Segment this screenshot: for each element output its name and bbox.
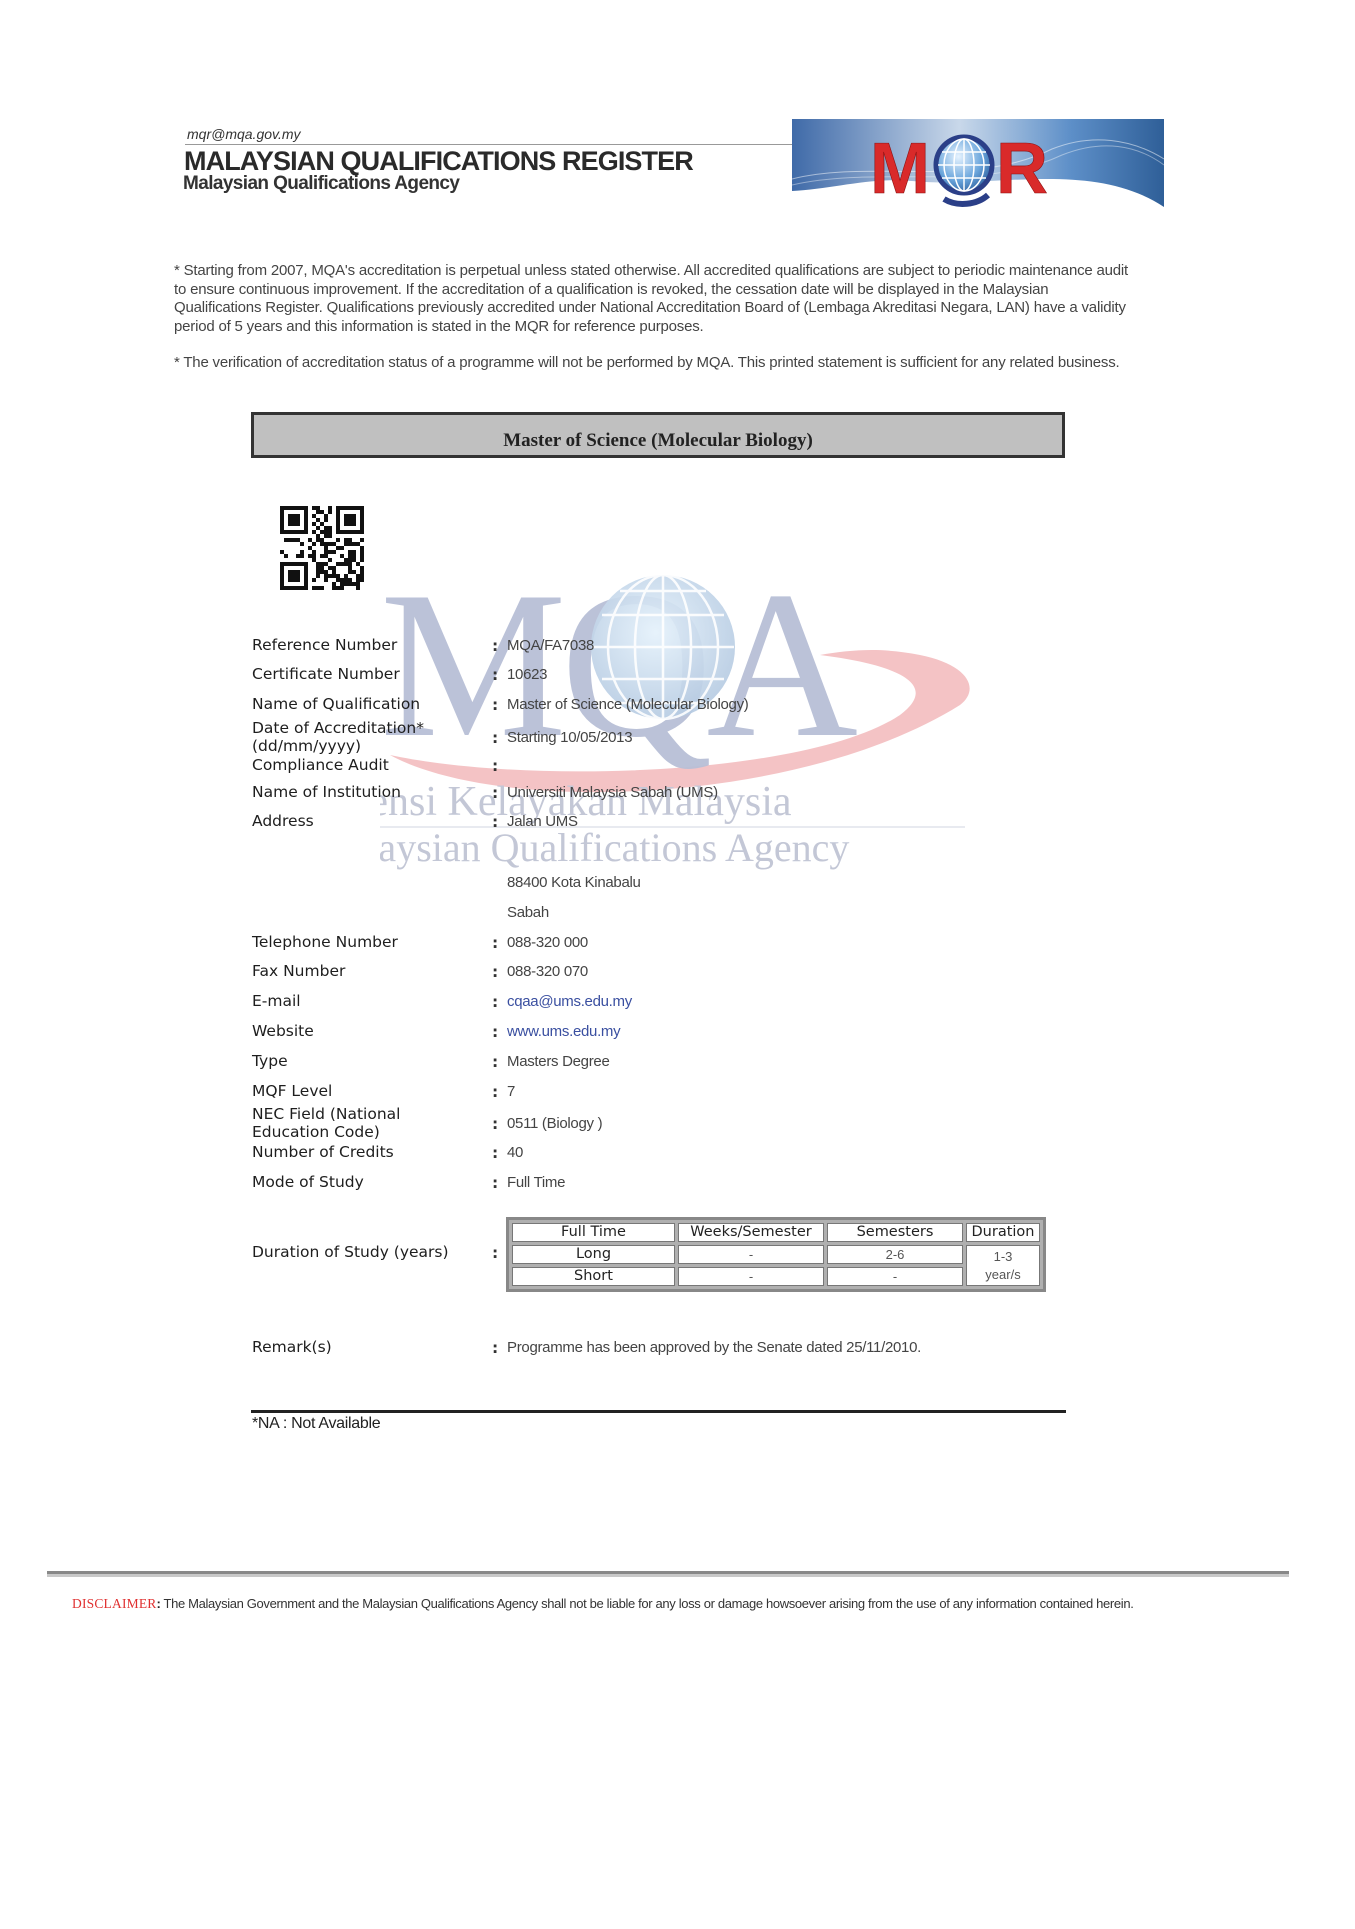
duration-unit: year/s <box>985 1267 1020 1282</box>
compliance-audit-label: Compliance Audit <box>252 757 389 774</box>
email-link[interactable]: cqaa@ums.edu.my <box>507 993 632 1010</box>
accreditation-date-format: (dd/mm/yyyy) <box>252 738 361 755</box>
website-label: Website <box>252 1023 314 1040</box>
header-divider <box>185 144 795 145</box>
row-semesters: - <box>827 1267 963 1286</box>
telephone-label: Telephone Number <box>252 934 398 951</box>
row-name: Long <box>512 1245 675 1264</box>
institution-label: Name of Institution <box>252 784 401 801</box>
separator: : <box>492 696 498 714</box>
mqf-level-value: 7 <box>507 1083 515 1100</box>
separator: : <box>492 1244 498 1262</box>
email-label: E-mail <box>252 993 301 1010</box>
address-label: Address <box>252 813 314 830</box>
qr-code <box>280 506 364 590</box>
reference-number-value: MQA/FA7038 <box>507 637 594 654</box>
type-value: Masters Degree <box>507 1053 610 1070</box>
institution-value: Universiti Malaysia Sabah (UMS) <box>507 784 718 801</box>
qualification-name-label: Name of Qualification <box>252 696 420 713</box>
separator: : <box>492 637 498 655</box>
reference-number-label: Reference Number <box>252 637 397 654</box>
nec-field-label: NEC Field (National <box>252 1106 400 1123</box>
row-name: Short <box>512 1267 675 1286</box>
separator: : <box>492 993 498 1011</box>
nec-field-value: 0511 (Biology ) <box>507 1115 602 1132</box>
svg-text:M: M <box>870 129 930 207</box>
footer-divider <box>47 1571 1289 1577</box>
fax-value: 088-320 070 <box>507 963 588 980</box>
row-weeks: - <box>678 1267 824 1286</box>
svg-text:R: R <box>996 129 1048 207</box>
disclaimer-text: The Malaysian Government and the Malaysi… <box>161 1596 1134 1611</box>
separator: : <box>492 1339 498 1357</box>
separator: : <box>492 1115 498 1133</box>
fax-label: Fax Number <box>252 963 345 980</box>
qualification-title-box: Master of Science (Molecular Biology) <box>251 412 1065 458</box>
certificate-number-label: Certificate Number <box>252 666 400 683</box>
separator: : <box>492 729 498 747</box>
header-weeks-semester: Weeks/Semester <box>678 1223 824 1242</box>
separator: : <box>492 784 498 802</box>
mode-of-study-label: Mode of Study <box>252 1174 364 1191</box>
mqa-watermark: MQA Agensi Kelayakan Malaysia Malaysian … <box>380 555 980 875</box>
svg-text:MQA: MQA <box>380 555 857 781</box>
separator: : <box>492 963 498 981</box>
duration-range: 1-3 <box>994 1249 1013 1264</box>
mqr-logo: M R <box>792 119 1164 207</box>
address-line-2: 88400 Kota Kinabalu <box>507 874 641 891</box>
address-line-3: Sabah <box>507 904 549 921</box>
telephone-value: 088-320 000 <box>507 934 588 951</box>
website-link[interactable]: www.ums.edu.my <box>507 1023 620 1040</box>
row-semesters: 2-6 <box>827 1245 963 1264</box>
separator: : <box>492 1174 498 1192</box>
separator: : <box>492 757 498 775</box>
header-full-time: Full Time <box>512 1223 675 1242</box>
remarks-label: Remark(s) <box>252 1339 332 1356</box>
agency-subtitle: Malaysian Qualifications Agency <box>183 173 459 195</box>
separator: : <box>492 813 498 831</box>
separator: : <box>492 934 498 952</box>
mode-of-study-value: Full Time <box>507 1174 565 1191</box>
verification-note: * The verification of accreditation stat… <box>174 354 1134 373</box>
address-line-1: Jalan UMS <box>507 813 578 830</box>
nec-field-label-2: Education Code) <box>252 1124 380 1141</box>
table-row: Short - - <box>512 1267 1040 1286</box>
header-semesters: Semesters <box>827 1223 963 1242</box>
table-row: Long - 2-6 1-3 year/s <box>512 1245 1040 1264</box>
duration-value: 1-3 year/s <box>966 1245 1040 1286</box>
certificate-number-value: 10623 <box>507 666 547 683</box>
separator: : <box>492 1053 498 1071</box>
separator: : <box>492 666 498 684</box>
accreditation-date-value: Starting 10/05/2013 <box>507 729 632 746</box>
separator: : <box>492 1144 498 1162</box>
section-divider <box>251 1410 1066 1413</box>
qualification-title: Master of Science (Molecular Biology) <box>503 418 813 452</box>
remarks-value: Programme has been approved by the Senat… <box>507 1339 921 1356</box>
type-label: Type <box>252 1053 288 1070</box>
row-weeks: - <box>678 1245 824 1264</box>
duration-table: Full Time Weeks/Semester Semesters Durat… <box>506 1217 1046 1292</box>
header-email: mqr@mqa.gov.my <box>187 126 301 142</box>
separator: : <box>492 1083 498 1101</box>
credits-label: Number of Credits <box>252 1144 394 1161</box>
duration-table-header: Full Time Weeks/Semester Semesters Durat… <box>512 1223 1040 1242</box>
header-duration: Duration <box>966 1223 1040 1242</box>
disclaimer-label: DISCLAIMER <box>72 1596 157 1611</box>
credits-value: 40 <box>507 1144 523 1161</box>
duration-of-study-label: Duration of Study (years) <box>252 1244 449 1261</box>
separator: : <box>492 1023 498 1041</box>
accreditation-date-label: Date of Accreditation* <box>252 720 424 737</box>
svg-text:Malaysian Qualifications Agenc: Malaysian Qualifications Agency <box>380 825 849 870</box>
disclaimer: DISCLAIMER: The Malaysian Government and… <box>72 1596 1133 1612</box>
mqf-level-label: MQF Level <box>252 1083 332 1100</box>
accreditation-note: * Starting from 2007, MQA's accreditatio… <box>174 262 1134 336</box>
qualification-name-value: Master of Science (Molecular Biology) <box>507 696 749 713</box>
na-footnote: *NA : Not Available <box>252 1415 380 1433</box>
